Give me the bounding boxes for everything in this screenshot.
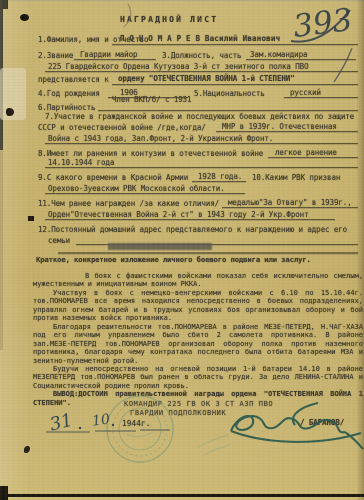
pen-mark-top bbox=[124, 4, 131, 27]
scanned-award-sheet: НАГРАДНОЙ ЛИСТ 1.Фамилия, имя и отчество… bbox=[0, 0, 364, 500]
ink-overlay: 393 31 10 bbox=[0, 0, 364, 500]
handwritten-date: 31 10 bbox=[46, 410, 170, 436]
stamp-bleed-mark bbox=[198, 435, 230, 455]
round-stamp bbox=[107, 396, 173, 462]
signature-stroke bbox=[231, 403, 363, 449]
handwritten-page-number: 393 bbox=[291, 2, 354, 45]
handwritten-month: 10 bbox=[91, 411, 111, 429]
pen-tick-mark bbox=[334, 48, 352, 82]
